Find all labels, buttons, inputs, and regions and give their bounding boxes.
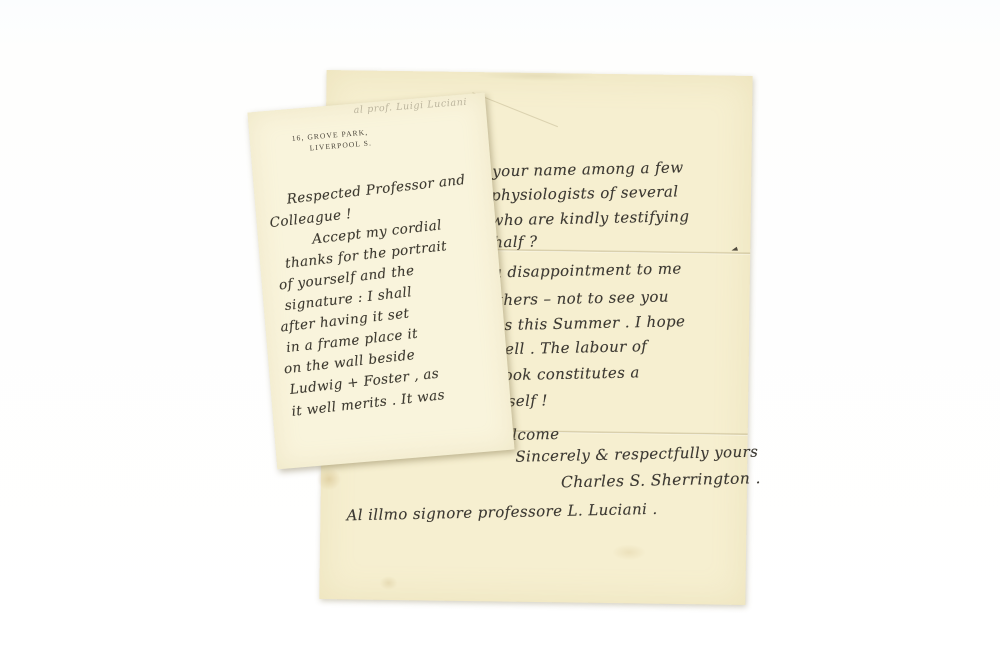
handwritten-line: a disappointment to me (493, 259, 682, 281)
small-letter-sheet: al prof. Luigi Luciani 16, GROVE PARK, L… (247, 93, 514, 470)
handwritten-line: who are kindly testifying (490, 207, 689, 229)
handwritten-line: Respected Professor and (286, 172, 466, 208)
small-letter-handwriting: Respected Professor andColleague !Accept… (247, 93, 514, 470)
photo-stage: ◄ your name among a fewphysiologists of … (0, 0, 1000, 666)
handwritten-line: others – not to see you (487, 288, 669, 310)
handwritten-line: ess this Summer . I hope (487, 312, 686, 334)
handwritten-line: Charles S. Sherrington . (561, 469, 761, 491)
handwritten-line: physiologists of several (491, 182, 679, 204)
handwritten-line: well . The labour of (492, 337, 648, 358)
handwritten-line: half ? (493, 232, 538, 251)
handwritten-line: your name among a few (492, 158, 684, 180)
handwritten-line: Colleague ! (269, 206, 353, 231)
handwritten-line: Al illmo signore professore L. Luciani . (346, 500, 657, 525)
handwritten-line: Sincerely & respectfully yours (515, 443, 758, 466)
handwritten-line: book constitutes a (493, 363, 640, 384)
